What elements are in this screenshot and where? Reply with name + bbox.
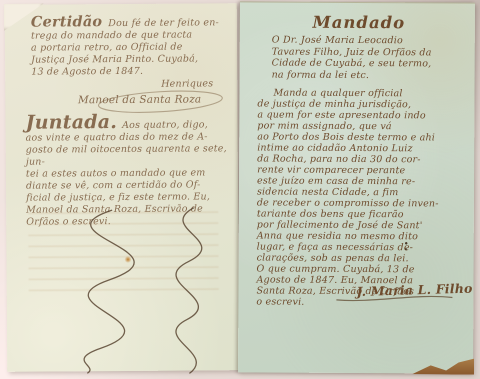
juntada-first-row: Juntada.Aos quatro, digo, [26,115,234,132]
juntada-heading: Juntada. [25,111,117,134]
manuscript-photo: CertidãoDou fé de ter feito en- trega do… [0,0,480,379]
handwritten-line: gosto de mil oitocentos quarenta e sete,… [26,143,234,168]
ink-specks [405,241,408,251]
certidao-first-line: Dou fé de ter feito en- [108,17,219,29]
signature-underline-flourish [334,291,454,304]
handwritten-line: Tavares Filho, Juiz de Orfãos da [272,46,462,59]
handwritten-line: 13 de Agosto de 1847. [31,65,231,78]
handwritten-line: tei a estes autos o mandado que em [26,167,234,180]
page-left: CertidãoDou fé de ter feito en- trega do… [5,3,240,372]
mandado-section: Mandado O Dr. José Maria LeocadioTavares… [254,16,462,308]
juntada-first-line: Aos quatro, digo, [122,119,208,131]
clerk-signature: Henriques [31,78,231,91]
main-signature-text: Manoel da Santa Roza [78,93,201,106]
paper-damage-corner [412,354,474,374]
flourish-squiggle-right [175,207,203,373]
page-right: Mandado O Dr. José Maria LeocadioTavares… [238,1,475,373]
certidao-heading: Certidão [31,13,103,30]
certidao-lines: trega do mandado de que tractaa portaria… [31,29,231,78]
certidao-section: CertidãoDou fé de ter feito en- trega do… [31,15,232,106]
handwritten-line: Cidade de Cuyabá, e seu termo, [272,58,462,71]
mandado-body-lines: Manda a qualquer officialde justiça de m… [256,88,461,309]
mandado-heading: Mandado [256,16,462,28]
main-signature: Manoel da Santa Roza [31,93,231,106]
handwritten-line: O Dr. José Maria Leocadio [272,35,462,48]
mandado-opening-lines: O Dr. José Maria LeocadioTavares Filho, … [272,35,462,82]
handwritten-line: na forma da lei etc. [272,69,462,82]
certidao-first-row: CertidãoDou fé de ter feito en- [31,15,231,30]
flourish-squiggle-left [83,210,135,373]
cancellation-squiggles [34,207,225,374]
ink-stain [124,256,131,263]
